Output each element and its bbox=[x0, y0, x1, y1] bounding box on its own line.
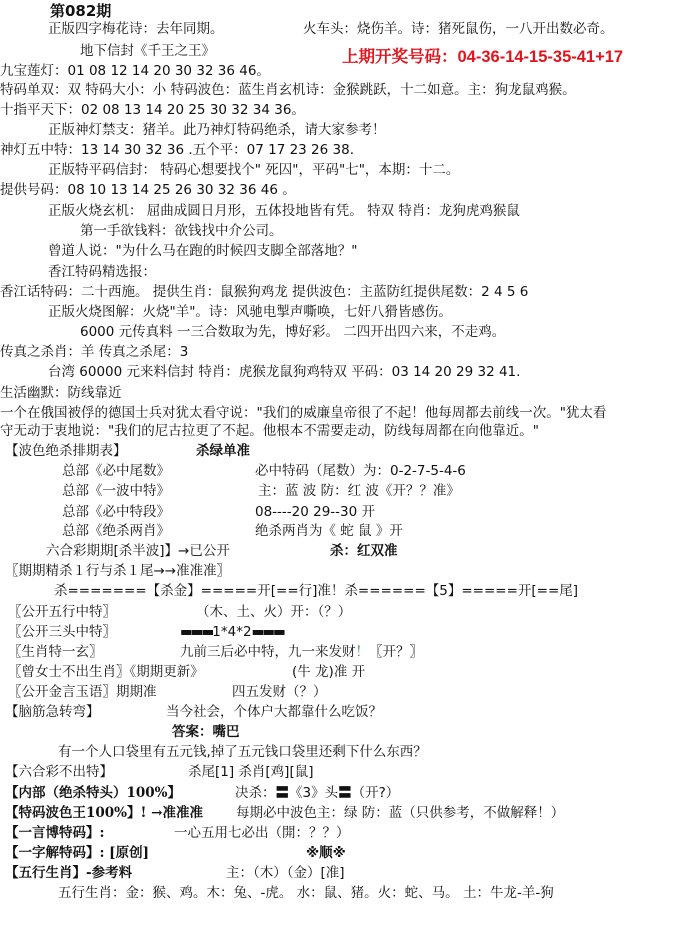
halfwave-value: 杀：红双准 bbox=[330, 542, 398, 560]
shizhi-line: 十指平天下：02 08 13 14 20 25 30 32 34 36。 bbox=[0, 101, 305, 119]
chuanzhen-6000-line: 6000 元传真料 一三合数取为先，博好彩。 二四开出四六来，不走鸡。 bbox=[80, 323, 505, 341]
section-value: 当今社会，个体户大都靠什么吃饭？ bbox=[166, 703, 382, 721]
tepingma-xinfeng-line: 正版特平码信封： 特码心想要找个" 死囚"，平码"七"，本期：十二。 bbox=[48, 161, 459, 179]
humor-line-2: 守无动于衷地说："我们的尼古拉更了不起。他根本不需要走动，防线每周都在向他靠近。… bbox=[0, 422, 539, 440]
buchute-label: 【六合彩不出特】 bbox=[5, 763, 113, 781]
tema-danshuang-line: 特码单双：双 特码大小：小 特码波色：蓝生肖玄机诗：金猴跳跃，十二如意。主：狗龙… bbox=[0, 81, 576, 99]
wave-row-value: 主：蓝 波 防：红 波《开？？准》 bbox=[258, 482, 460, 500]
yizi-label: 【一字解特码】: [原创] bbox=[5, 844, 149, 862]
buchute-value: 杀尾[1] 杀肖[鸡][鼠] bbox=[188, 763, 313, 781]
huochetou-line: 火车头：烧伤羊。诗：猪死鼠伤，一八开出数必奇。 bbox=[303, 20, 614, 38]
section-label: 〖曾女士不出生肖〗《期期更新》 bbox=[8, 663, 204, 681]
last-draw-label: 上期开奖号码： bbox=[342, 48, 458, 66]
section-label: 〖公开五行中特〗 bbox=[8, 603, 116, 621]
issue-title: 第082期 bbox=[50, 2, 111, 20]
wave-row-label: 总部《绝杀两肖》 bbox=[62, 522, 170, 540]
riddle-question-2: 有一个人口袋里有五元钱,掉了五元钱口袋里还剩下什么东西？ bbox=[58, 743, 427, 761]
section-label: 〖公开三头中特〗 bbox=[8, 623, 116, 641]
humor-title: 生活幽默：防线靠近 bbox=[0, 384, 122, 402]
meihua-poem: 正版四字梅花诗：去年同期。 bbox=[48, 20, 224, 38]
taiwan-60000-line: 台湾 60000 元来料信封 特肖：虎猴龙鼠狗鸡特双 平码：03 14 20 2… bbox=[48, 363, 520, 381]
neibu-label: 【内部（绝杀特头）100%】 bbox=[5, 784, 181, 802]
neibu-prefix: 决杀： bbox=[235, 785, 276, 801]
section-label: 〖生肖特一玄〗 bbox=[8, 643, 103, 661]
yizi-value: ※顺※ bbox=[306, 844, 346, 862]
huoshao-tujie-line: 正版火烧图解：火烧"羊"。诗：风驰电掣声嘶唤，七奸八猾皆感伤。 bbox=[48, 303, 452, 321]
neibu-value: 决杀：〓《3》头〓（开?） bbox=[235, 784, 399, 802]
bar-decoration-icon: ▬▬▬ bbox=[252, 624, 284, 640]
section-value: 四五发财（？） bbox=[232, 683, 327, 701]
bose-wang-label: 【特码波色王100%】! →准准准 bbox=[5, 804, 203, 822]
wave-table-header: 【波色绝杀排期表】 bbox=[5, 442, 127, 460]
shengxiao-yixuan-value: 九前三后必中特，九一来发财！〖开？〗 bbox=[180, 643, 423, 661]
section-label: 〖公开金言玉语〗期期准 bbox=[8, 683, 157, 701]
shendeng-jinzhi-line: 正版神灯禁支：猪羊。此乃神灯特码绝杀，请大家参考！ bbox=[48, 121, 386, 139]
wave-row-value: 绝杀两肖为《 蛇 鼠 》开 bbox=[255, 522, 403, 540]
wave-row-label: 总部《必中特段》 bbox=[62, 503, 170, 521]
section-label: 【脑筋急转弯】 bbox=[5, 703, 100, 721]
yiyan-value: 一心五用七必出（開：？？） bbox=[174, 824, 350, 842]
wave-row-label: 总部《一波中特》 bbox=[62, 482, 170, 500]
wave-row-value: 08----20 29--30 开 bbox=[255, 503, 375, 521]
qiqi-jingsha-title: 〖期期精杀１行与杀１尾→→准准准〗 bbox=[5, 562, 230, 580]
bar-decoration-icon: 〓 bbox=[276, 785, 290, 801]
last-draw-result: 上期开奖号码：04-36-14-15-35-41+17 bbox=[342, 48, 623, 66]
bar-decoration-icon: 〓 bbox=[338, 785, 352, 801]
shendeng-wuzhong-line: 神灯五中特：13 14 30 32 36 .五个平：07 17 23 26 38… bbox=[0, 141, 354, 159]
wave-row-label: 总部《必中尾数》 bbox=[62, 462, 170, 480]
diyishou-line: 第一手欲钱料：欲钱找中介公司。 bbox=[80, 222, 283, 240]
wuxing-detail: 五行生肖：金：猴、鸡。木：兔、-虎。 水：鼠、猪。火：蛇、马。 土：牛龙-羊-狗 bbox=[58, 884, 554, 902]
last-draw-numbers: 04-36-14-15-35-41+17 bbox=[458, 48, 624, 66]
halfwave-label: 六合彩期期[杀半波]】→已公开 bbox=[46, 542, 230, 560]
bose-wang-value: 每期必中波色主：绿 防：蓝（只供参考，不做解释！） bbox=[236, 804, 564, 822]
section-value: 九前三后必中特，九一来发财 bbox=[180, 644, 356, 660]
wave-table-header-right: 杀绿单准 bbox=[196, 442, 250, 460]
xiangjiang-hua-line: 香江话特码：二十西施。 提供生肖：鼠猴狗鸡龙 提供波色：主蓝防红提供尾数：2 4… bbox=[0, 283, 528, 301]
huoshao-xuanji-line: 正版火烧玄机： 屈曲成圆日月形，五体投地皆有凭。 特双 特肖：龙狗虎鸡猴鼠 bbox=[48, 202, 520, 220]
humor-line-1: 一个在俄国被俘的德国士兵对犹太看守说："我们的威廉皇帝很了不起！他每周都去前线一… bbox=[0, 404, 606, 422]
xiangjiang-title: 香江特码精选报： bbox=[48, 263, 156, 281]
dixia-xinfeng: 地下信封《千王之王》 bbox=[80, 42, 215, 60]
qiqi-jingsha-line: 杀=======【杀金】=====开[==行]准！杀======【5】=====… bbox=[54, 582, 578, 600]
bar-decoration-icon: ▬▬▬ bbox=[180, 624, 212, 640]
exclamation: ！ bbox=[356, 644, 370, 660]
wave-row-value: 必中特码（尾数）为：0-2-7-5-4-6 bbox=[255, 462, 466, 480]
chuanzhen-sha-line: 传真之杀肖：羊 传真之杀尾：3 bbox=[0, 343, 188, 361]
yiyan-label: 【一言博特码】: bbox=[5, 824, 104, 842]
tigong-haoma-line: 提供号码：08 10 13 14 25 26 30 32 36 46 。 bbox=[0, 181, 296, 199]
wuxing-value: 主：（木）（金）[准] bbox=[226, 864, 345, 882]
neibu-suffix: （开?） bbox=[352, 785, 400, 801]
section-value: （木、土、火）开：（？） bbox=[196, 603, 351, 621]
jiubao-line: 九宝莲灯：01 08 12 14 20 30 32 36 46。 bbox=[0, 62, 270, 80]
section-tail: 〖开？〗 bbox=[369, 644, 423, 660]
neibu-mid: 《3》头 bbox=[289, 785, 338, 801]
wuxing-label: 【五行生肖】-参考料 bbox=[5, 864, 132, 882]
riddle-answer: 答案：嘴巴 bbox=[172, 723, 240, 741]
santou-value: ▬▬▬1*4*2▬▬▬ bbox=[180, 623, 284, 641]
zengdaoren-line: 曾道人说："为什么马在跑的时候四支脚全部落地？" bbox=[48, 242, 357, 260]
santou-numbers: 1*4*2 bbox=[212, 624, 251, 640]
section-value: (牛 龙)准 开 bbox=[292, 663, 365, 681]
